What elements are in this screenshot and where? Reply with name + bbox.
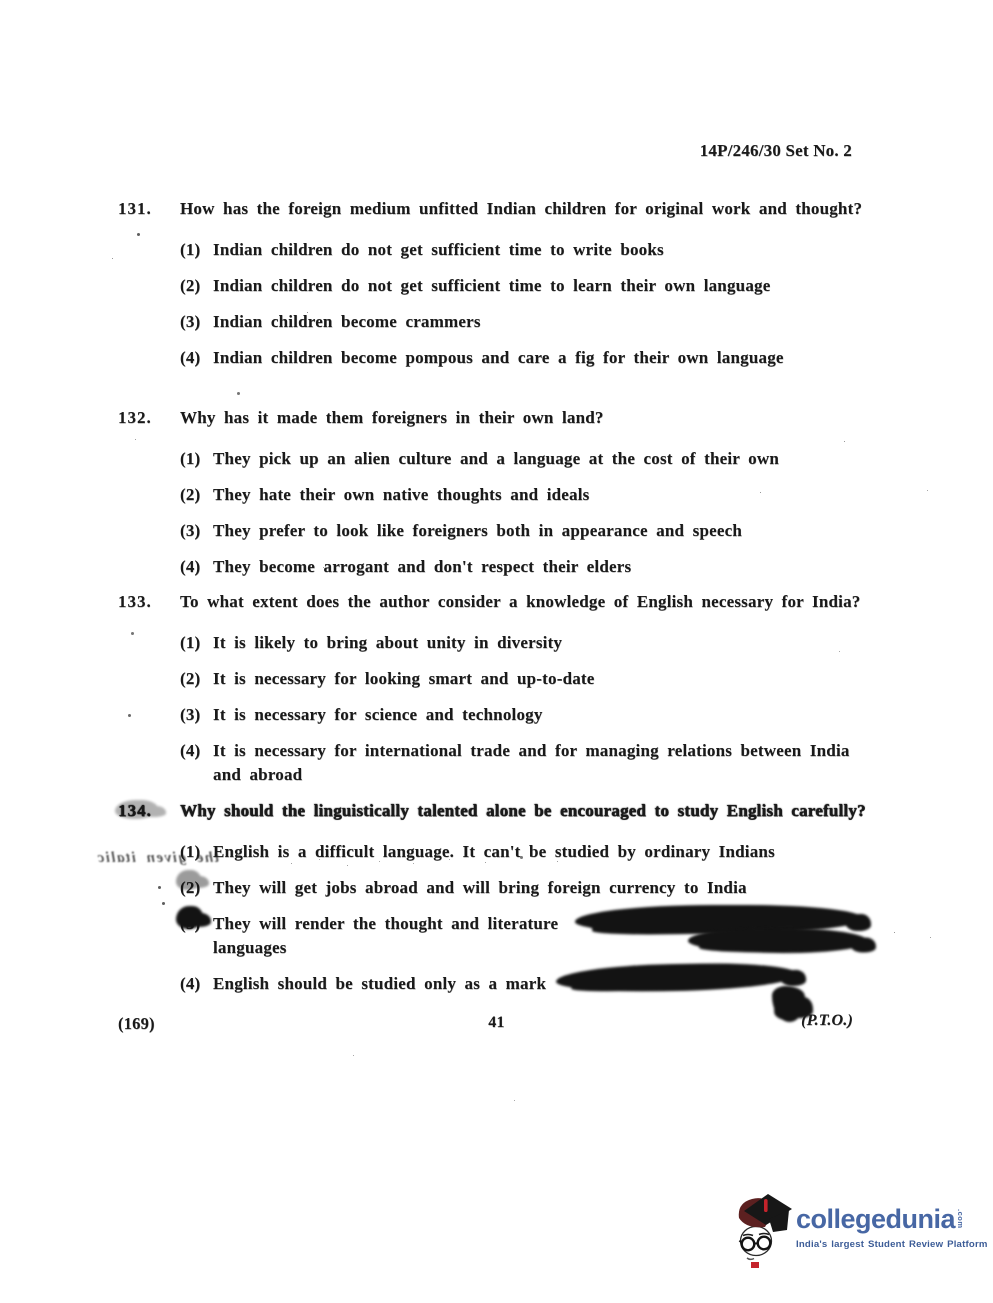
question-132: 132. Why has it made them foreigners in … xyxy=(118,406,908,591)
brand-name: collegedunia xyxy=(796,1206,955,1233)
question-head: 131. How has the foreign medium unfitted… xyxy=(118,197,908,221)
option-2: (2) Indian children do not get sufficien… xyxy=(180,274,908,298)
option-3: (3) It is necessary for science and tech… xyxy=(180,703,908,727)
bleed-through-text: the given italic xyxy=(96,850,219,867)
collegedunia-logo: collegedunia .com India's largest Studen… xyxy=(731,1188,988,1268)
option-marker: (3) xyxy=(180,310,213,334)
options-list: (1) It is likely to bring about unity in… xyxy=(180,631,908,787)
scanned-exam-page: 14P/246/30 Set No. 2 131. How has the fo… xyxy=(0,0,993,1303)
question-text: How has the foreign medium unfitted Indi… xyxy=(180,197,862,221)
option-text: It is likely to bring about unity in div… xyxy=(213,631,562,655)
option-marker: (1) xyxy=(180,238,213,262)
option-2: (2) They hate their own native thoughts … xyxy=(180,483,908,507)
option-4: (4) It is necessary for international tr… xyxy=(180,739,908,787)
option-marker: (2) xyxy=(180,274,213,298)
option-text: They pick up an alien culture and a lang… xyxy=(213,447,779,471)
option-text: English should be studied only as a mark xyxy=(213,972,546,996)
paper-code: 14P/246/30 Set No. 2 xyxy=(700,141,852,161)
option-marker: (1) xyxy=(180,447,213,471)
scan-noise xyxy=(0,0,3,3)
option-marker: (4) xyxy=(180,972,213,996)
option-1: (1) They pick up an alien culture and a … xyxy=(180,447,908,471)
option-1: (1) English is a difficult language. It … xyxy=(180,840,908,864)
question-131: 131. How has the foreign medium unfitted… xyxy=(118,197,908,382)
option-marker: (4) xyxy=(180,346,213,370)
option-4: (4) They become arrogant and don't respe… xyxy=(180,555,908,579)
question-133: 133. To what extent does the author cons… xyxy=(118,590,908,799)
option-text: They prefer to look like foreigners both… xyxy=(213,519,742,543)
options-list: (1) Indian children do not get sufficien… xyxy=(180,238,908,370)
option-marker: (2) xyxy=(180,483,213,507)
option-text: They hate their own native thoughts and … xyxy=(213,483,589,507)
option-1: (1) Indian children do not get sufficien… xyxy=(180,238,908,262)
option-marker: (1) xyxy=(180,631,213,655)
option-text: Indian children do not get sufficient ti… xyxy=(213,238,664,262)
question-text: To what extent does the author consider … xyxy=(180,590,861,614)
option-text-line2: and abroad xyxy=(213,765,302,784)
option-1: (1) It is likely to bring about unity in… xyxy=(180,631,908,655)
student-mascot-icon xyxy=(731,1188,793,1268)
brand-tagline: India's largest Student Review Platform xyxy=(796,1239,988,1250)
brand-tld: .com xyxy=(956,1209,965,1229)
pto-label: (P.T.O.) xyxy=(801,1012,853,1030)
option-text: Indian children do not get sufficient ti… xyxy=(213,274,770,298)
question-number: 131. xyxy=(118,197,180,221)
option-marker: (2) xyxy=(180,667,213,691)
question-number: 133. xyxy=(118,590,180,614)
question-text: Why has it made them foreigners in their… xyxy=(180,406,604,430)
option-text-line1: They will render the thought and literat… xyxy=(213,914,558,933)
option-text: English is a difficult language. It can'… xyxy=(213,840,775,864)
question-head: 134. Why should the linguistically talen… xyxy=(118,799,908,823)
ink-smudge-question-number xyxy=(115,800,158,819)
option-3: (3) They prefer to look like foreigners … xyxy=(180,519,908,543)
option-text: It is necessary for international trade … xyxy=(213,739,850,787)
question-text: Why should the linguistically talented a… xyxy=(180,799,866,823)
question-number: 132. xyxy=(118,406,180,430)
question-head: 132. Why has it made them foreigners in … xyxy=(118,406,908,430)
option-text-line1: It is necessary for international trade … xyxy=(213,741,850,760)
option-text-line2: languages xyxy=(213,938,287,957)
option-marker: (4) xyxy=(180,739,213,787)
option-text: Indian children become pompous and care … xyxy=(213,346,784,370)
option-text: Indian children become crammers xyxy=(213,310,481,334)
option-text: It is necessary for looking smart and up… xyxy=(213,667,595,691)
option-text: It is necessary for science and technolo… xyxy=(213,703,543,727)
option-3: (3) Indian children become crammers xyxy=(180,310,908,334)
option-marker: (4) xyxy=(180,555,213,579)
ink-smudge-option-marker xyxy=(176,906,203,929)
option-2: (2) It is necessary for looking smart an… xyxy=(180,667,908,691)
option-marker: (3) xyxy=(180,703,213,727)
option-text: They become arrogant and don't respect t… xyxy=(213,555,631,579)
option-text: They will get jobs abroad and will bring… xyxy=(213,876,747,900)
question-head: 133. To what extent does the author cons… xyxy=(118,590,908,614)
option-2: (2) They will get jobs abroad and will b… xyxy=(180,876,908,900)
option-marker: (3) xyxy=(180,519,213,543)
logo-text: collegedunia .com India's largest Studen… xyxy=(796,1206,988,1250)
options-list: (1) They pick up an alien culture and a … xyxy=(180,447,908,579)
option-4: (4) Indian children become pompous and c… xyxy=(180,346,908,370)
option-text: They will render the thought and literat… xyxy=(213,912,558,960)
ink-smudge-option-marker xyxy=(176,870,201,890)
